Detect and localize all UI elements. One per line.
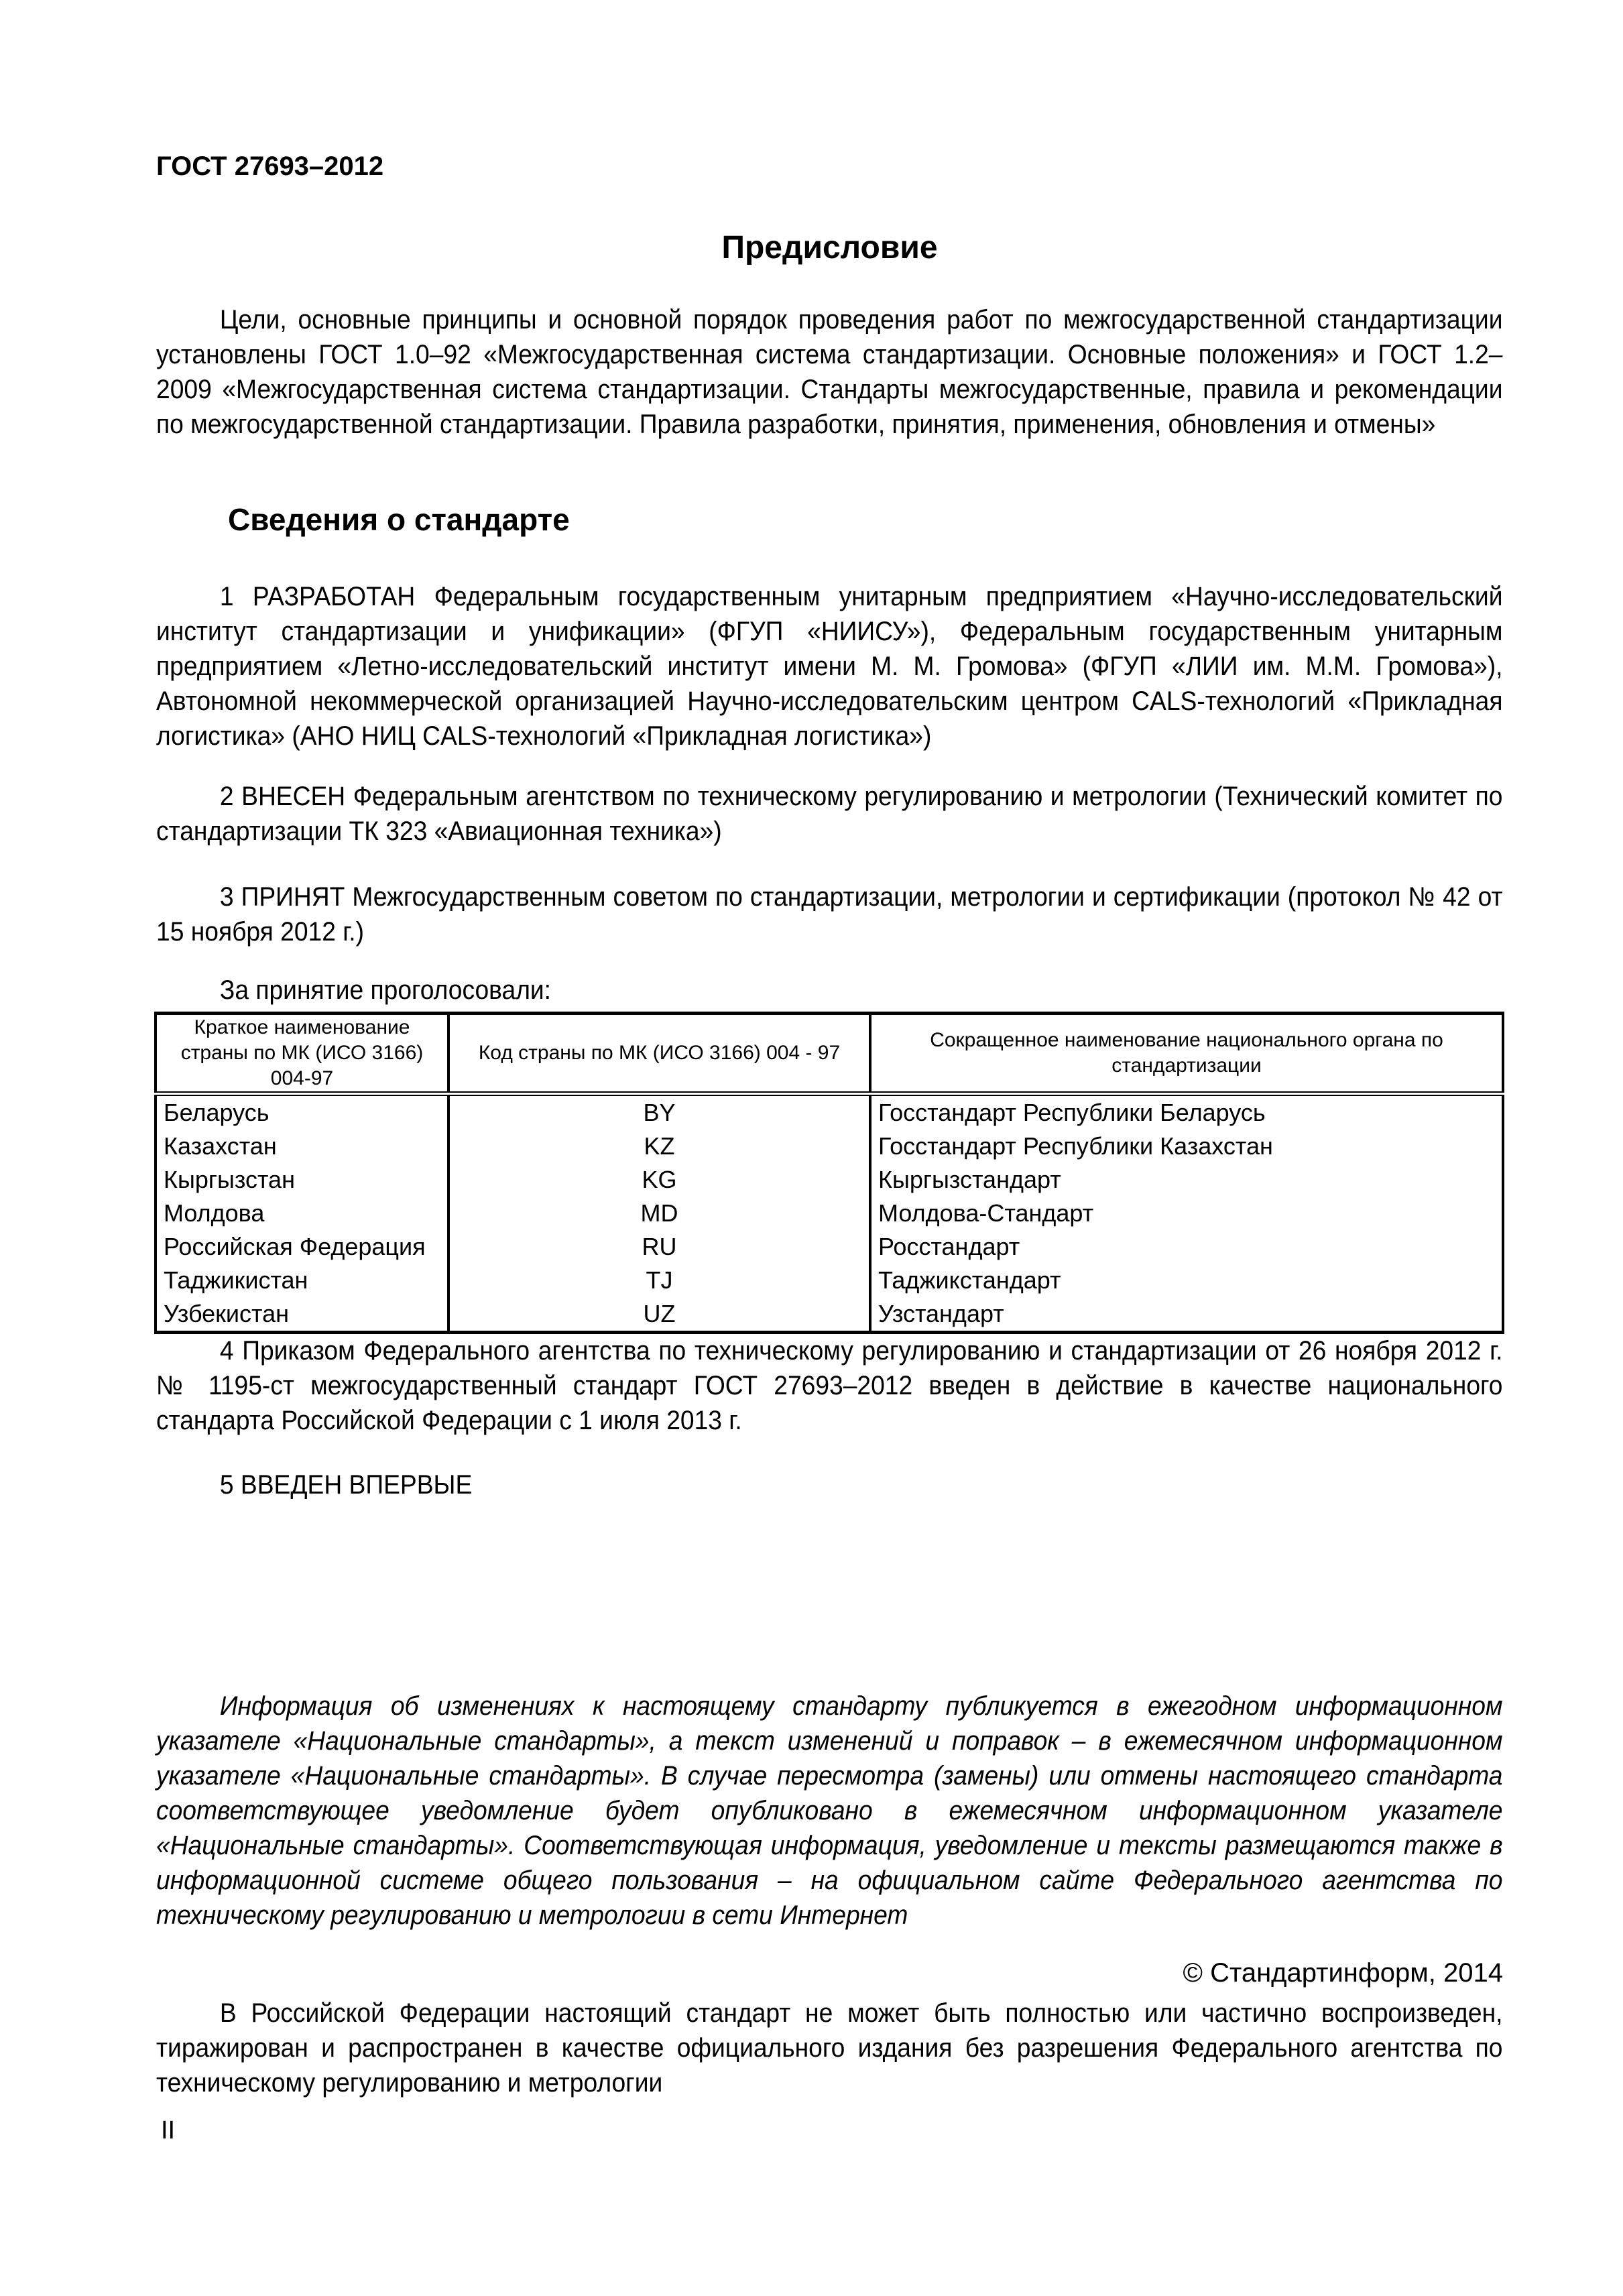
body-cell: Узстандарт	[870, 1297, 1503, 1333]
country-cell: Узбекистан	[156, 1297, 448, 1333]
document-id-header: ГОСТ 27693–2012	[156, 149, 1503, 184]
preface-title: Предисловие	[156, 228, 1503, 268]
country-cell: Молдова	[156, 1197, 448, 1230]
info-item-1-text: 1 РАЗРАБОТАН Федеральным государственным…	[156, 579, 1502, 753]
votes-label: За принятие проголосовали:	[156, 973, 1503, 1008]
page-number: II	[161, 2113, 175, 2148]
votes-table: Краткое наименование страны по МК (ИСО 3…	[154, 1012, 1504, 1334]
info-item-4-text: 4 Приказом Федерального агентства по тех…	[156, 1333, 1502, 1438]
info-item-5-text: 5 ВВЕДЕН ВПЕРВЫЕ	[156, 1467, 1502, 1502]
country-cell: Таджикистан	[156, 1264, 448, 1297]
body-cell: Госстандарт Республики Беларусь	[870, 1094, 1503, 1130]
code-cell: KG	[448, 1163, 870, 1197]
info-item-submitted: 2 ВНЕСЕН Федеральным агентством по техни…	[156, 779, 1503, 849]
reproduction-notice: В Российской Федерации настоящий стандар…	[156, 1996, 1503, 2100]
code-cell: RU	[448, 1230, 870, 1264]
country-cell: Российская Федерация	[156, 1230, 448, 1264]
votes-label-text: За принятие проголосовали:	[156, 973, 1502, 1008]
table-row: Узбекистан UZ Узстандарт	[156, 1297, 1503, 1333]
body-cell: Кыргызстандарт	[870, 1163, 1503, 1197]
body-cell: Госстандарт Республики Казахстан	[870, 1130, 1503, 1163]
preface-paragraph: Цели, основные принципы и основной поряд…	[156, 302, 1503, 442]
country-cell: Казахстан	[156, 1130, 448, 1163]
info-item-developed: 1 РАЗРАБОТАН Федеральным государственным…	[156, 579, 1503, 753]
body-cell: Росстандарт	[870, 1230, 1503, 1264]
info-item-first-introduced: 5 ВВЕДЕН ВПЕРВЫЕ	[156, 1467, 1503, 1502]
column-header-body: Сокращенное наименование национального о…	[870, 1014, 1503, 1094]
table-row: Российская Федерация RU Росстандарт	[156, 1230, 1503, 1264]
column-header-code: Код страны по МК (ИСО 3166) 004 - 97	[448, 1014, 870, 1094]
standard-info-title: Сведения о стандарте	[228, 499, 570, 540]
table-row: Кыргызстан KG Кыргызстандарт	[156, 1163, 1503, 1197]
column-header-country: Краткое наименование страны по МК (ИСО 3…	[156, 1014, 448, 1094]
reproduction-notice-text: В Российской Федерации настоящий стандар…	[156, 1996, 1502, 2100]
body-cell: Таджикстандарт	[870, 1264, 1503, 1297]
code-cell: UZ	[448, 1297, 870, 1333]
info-item-2-text: 2 ВНЕСЕН Федеральным агентством по техни…	[156, 779, 1502, 849]
code-cell: BY	[448, 1094, 870, 1130]
amendments-notice: Информация об изменениях к настоящему ст…	[156, 1689, 1503, 1933]
code-cell: KZ	[448, 1130, 870, 1163]
preface-text: Цели, основные принципы и основной поряд…	[156, 302, 1502, 442]
code-cell: TJ	[448, 1264, 870, 1297]
country-cell: Беларусь	[156, 1094, 448, 1130]
info-item-enacted: 4 Приказом Федерального агентства по тех…	[156, 1333, 1503, 1438]
info-item-3-text: 3 ПРИНЯТ Межгосударственным советом по с…	[156, 880, 1502, 949]
country-cell: Кыргызстан	[156, 1163, 448, 1197]
votes-table-header: Краткое наименование страны по МК (ИСО 3…	[156, 1014, 1503, 1094]
code-cell: MD	[448, 1197, 870, 1230]
table-row: Беларусь BY Госстандарт Республики Белар…	[156, 1094, 1503, 1130]
table-row: Таджикистан TJ Таджикстандарт	[156, 1264, 1503, 1297]
table-row: Казахстан KZ Госстандарт Республики Каза…	[156, 1130, 1503, 1163]
info-item-adopted: 3 ПРИНЯТ Межгосударственным советом по с…	[156, 880, 1503, 949]
amendments-notice-text: Информация об изменениях к настоящему ст…	[156, 1689, 1502, 1933]
table-row: Молдова MD Молдова-Стандарт	[156, 1197, 1503, 1230]
body-cell: Молдова-Стандарт	[870, 1197, 1503, 1230]
copyright-line: © Стандартинформ, 2014	[156, 1955, 1503, 1990]
